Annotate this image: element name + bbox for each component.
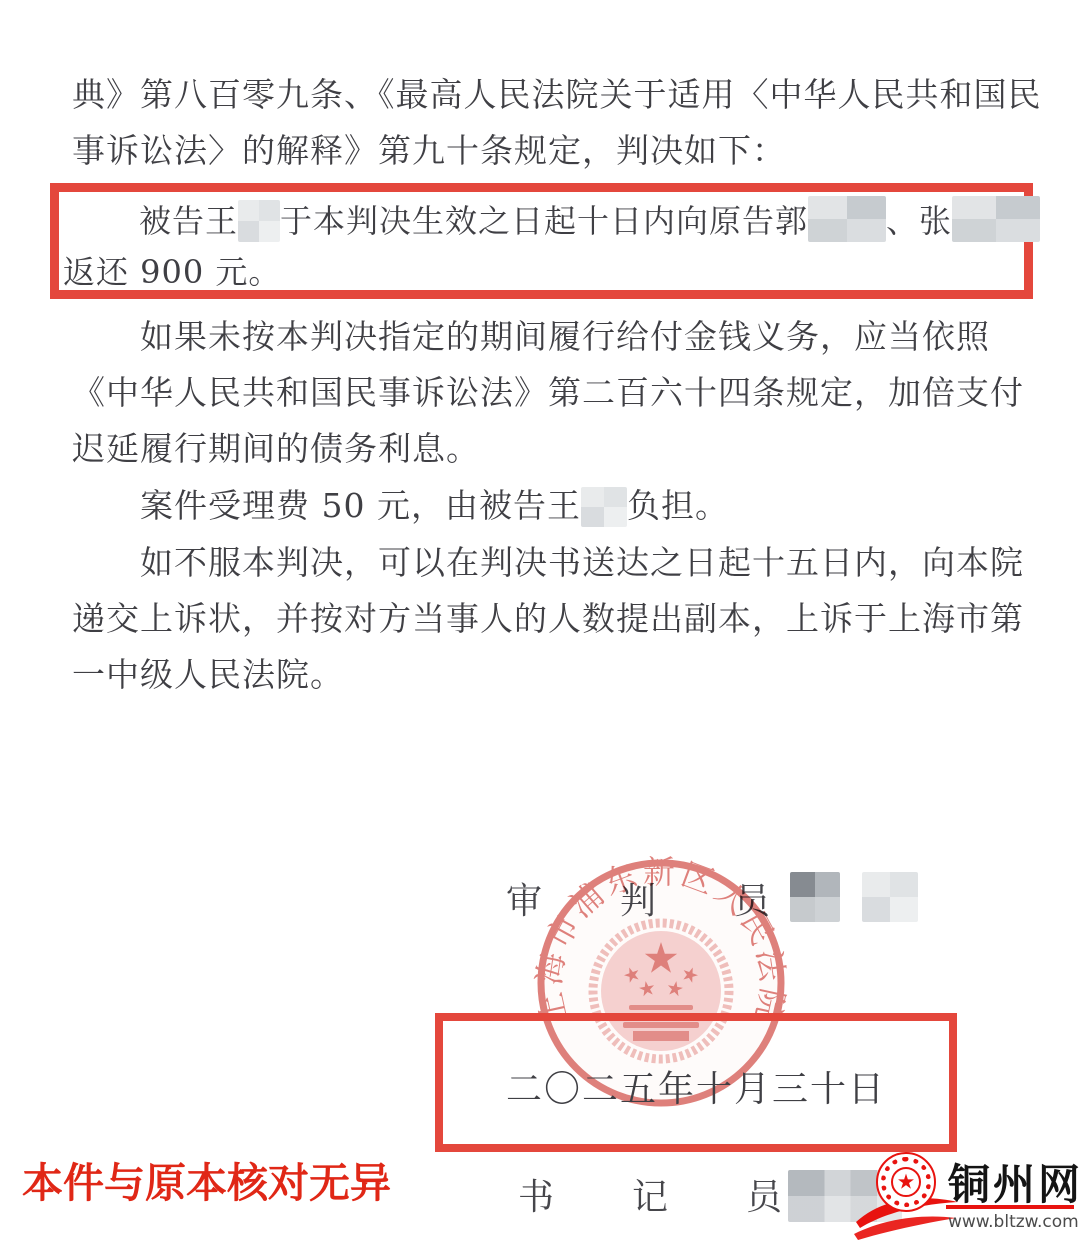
- watermark-underline: [946, 1205, 1074, 1209]
- judgment-middle-text: 于本判决生效之日起十日内向原告郭: [280, 202, 808, 240]
- appeal-line-3: 一中级人民法院。: [72, 656, 344, 694]
- watermark-site-name: 铜州网: [948, 1152, 1080, 1212]
- judgment-line-1: 被告王于本判决生效之日起十日内向原告郭、张: [139, 196, 1040, 242]
- judgment-document-page: 典》第八百零九条、《最高人民法院关于适用〈中华人民共和国民 事诉讼法〉的解释》第…: [0, 0, 1080, 1246]
- verification-stamp-text: 本件与原本核对无异: [22, 1150, 391, 1209]
- judgment-highlight-box: 被告王于本判决生效之日起十日内向原告郭、张 返还 900 元。: [50, 183, 1033, 299]
- penalty-line-3: 迟延履行期间的债务利息。: [72, 430, 480, 468]
- appeal-line-2: 递交上诉状，并按对方当事人的人数提出副本，上诉于上海市第: [72, 600, 1024, 638]
- clerk-label: 书 记 员: [518, 1178, 784, 1218]
- site-watermark: 铜州网 www.bltzw.com: [852, 1152, 1076, 1244]
- judgment-defendant-text: 被告王: [139, 202, 238, 240]
- watermark-medallion-icon: [876, 1152, 936, 1212]
- judgment-date: 二〇二五年十月三十日: [443, 1061, 949, 1112]
- redaction-judge-name-1: [790, 872, 840, 922]
- fee-text-2: 负担。: [627, 486, 729, 525]
- penalty-line-1: 如果未按本判决指定的期间履行给付金钱义务，应当依照: [140, 318, 990, 356]
- intro-line-2: 事诉讼法〉的解释》第九十条规定，判决如下：: [72, 132, 786, 170]
- redaction-judge-name-2: [862, 872, 918, 922]
- judgment-second-plaintiff-text: 、张: [886, 202, 952, 240]
- appeal-line-1: 如不服本判决，可以在判决书送达之日起十五日内，向本院: [140, 544, 1024, 582]
- penalty-line-2: 《中华人民共和国民事诉讼法》第二百六十四条规定，加倍支付: [72, 374, 1024, 412]
- fee-line: 案件受理费 50 元，由被告王负担。: [140, 487, 729, 527]
- watermark-star-icon: [896, 1172, 916, 1192]
- redaction-defendant-name: [238, 200, 280, 242]
- redaction-plaintiff2-name: [952, 196, 1040, 242]
- fee-text-1: 案件受理费 50 元，由被告王: [140, 486, 581, 525]
- date-highlight-box: 二〇二五年十月三十日: [435, 1013, 957, 1152]
- judgment-line-2: 返还 900 元。: [63, 253, 281, 291]
- watermark-site-url: www.bltzw.com: [948, 1212, 1079, 1232]
- redaction-plaintiff1-name: [808, 196, 886, 242]
- redaction-fee-defendant-name: [581, 487, 627, 527]
- intro-line-1: 典》第八百零九条、《最高人民法院关于适用〈中华人民共和国民: [72, 76, 1042, 114]
- watermark-medallion-center: [891, 1167, 921, 1197]
